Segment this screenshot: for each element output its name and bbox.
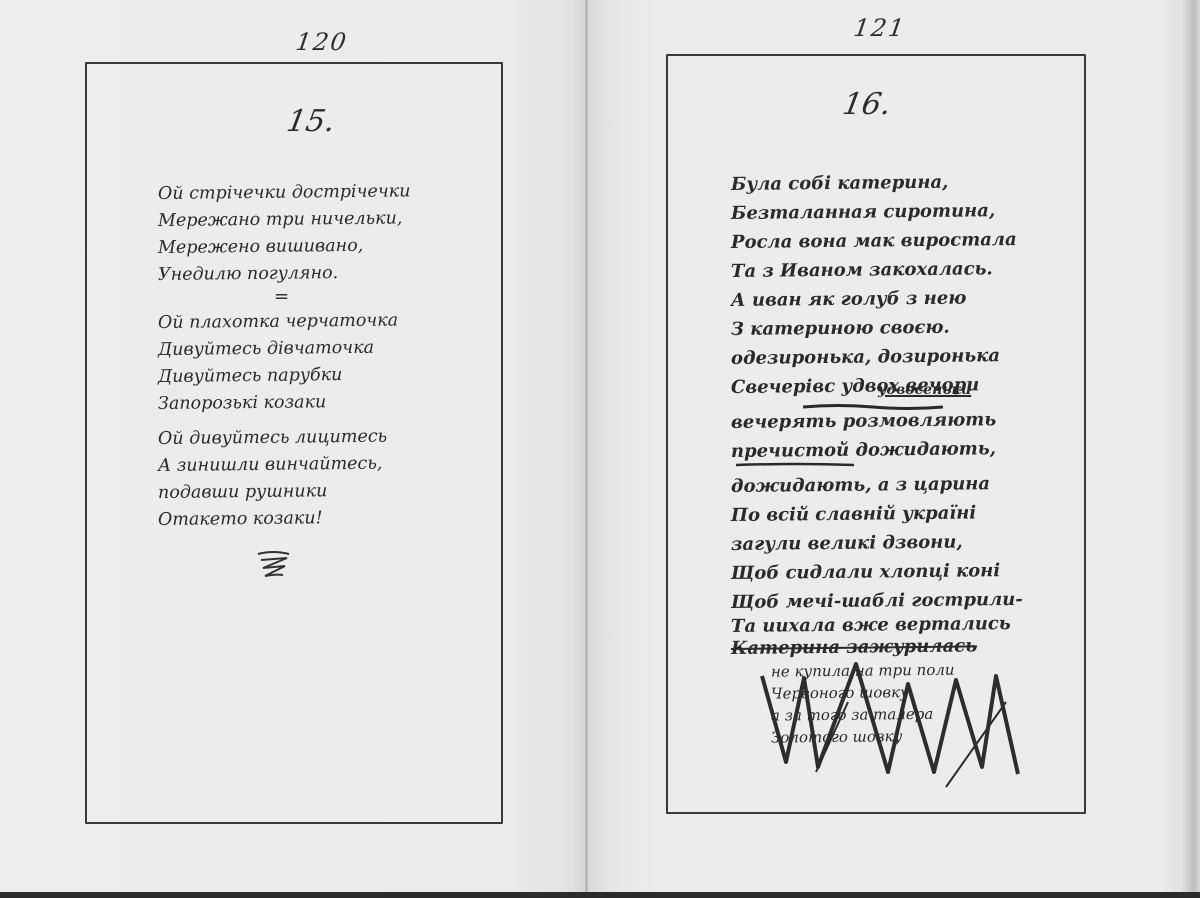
poem-line-underlined: пречистой дожидають, [731, 434, 1023, 466]
correction-insert: удвосеньки [878, 382, 971, 398]
poem-line: Мережено вишивано, [158, 232, 411, 262]
poem-line: Безталанная сиротина, [731, 196, 1023, 228]
poem-line: Росла вона мак виростала [731, 225, 1023, 257]
poem-line: А иван як голуб з нею [731, 283, 1023, 315]
poem-line-struck: Катерина зажурилась [731, 634, 1023, 661]
page-number: 121 [852, 14, 908, 42]
poem-line: подавши рушники [158, 478, 387, 507]
poem-line: Дивуйтесь дівчаточка [158, 334, 398, 364]
poem-line-crossed-out: а за того за талера [731, 702, 1023, 727]
poem-line: З катериною своєю. [731, 312, 1023, 344]
end-flourish-icon [255, 548, 295, 584]
page-bottom-edge [0, 892, 1200, 898]
poem-line: По всій славній україні [731, 498, 1023, 530]
poem-line: загули великі дзвони, [731, 527, 1023, 559]
poem-line: Ой плахотка черчаточка [158, 307, 398, 337]
poem-line: Мережано три ничельки, [158, 205, 411, 235]
poem-body: Була собі катерина, Безталанная сиротина… [731, 170, 1023, 749]
poem-line: дожидають, а з царина [731, 469, 1023, 501]
poem-line-corrected: Свечерівс удвох вечори [731, 370, 1023, 402]
poem-line: Ой дивуйтесь лицитесь [158, 424, 387, 453]
poem-number: 15. [284, 104, 338, 139]
left-page: 120 15. Ой стрічечки дострічечки Мережан… [0, 0, 588, 892]
poem-line: Дивуйтесь парубки [158, 361, 398, 391]
poem-line: Та з Иваном закохалась. [731, 254, 1023, 286]
poem-line: Запорозькі козаки [158, 388, 398, 418]
right-page: 121 16. Була собі катерина, Безталанная … [588, 0, 1200, 892]
poem-line-crossed-out: Червоного шовку [731, 680, 1023, 705]
poem-line: вечерять розмовляють [731, 405, 1023, 437]
poem-line: Унедилю погуляно. [158, 259, 411, 289]
poem-line: Була собі катерина, [731, 167, 1023, 199]
poem-line-crossed-out: не купила на три поли [731, 658, 1023, 683]
poem-number: 16. [840, 87, 894, 122]
stanza-3: Ой дивуйтесь лицитесь А зинишли винчайте… [158, 426, 387, 534]
book-spread: 120 15. Ой стрічечки дострічечки Мережан… [0, 0, 1200, 892]
page-number: 120 [294, 28, 350, 56]
stanza-2: Ой плахотка черчаточка Дивуйтесь дівчато… [158, 310, 398, 418]
stanza-separator: = [274, 286, 289, 307]
poem-line: А зинишли винчайтесь, [158, 451, 387, 480]
poem-line: Ой стрічечки дострічечки [158, 178, 411, 208]
poem-line: одезиронька, дозиронька [731, 341, 1023, 373]
poem-line: Щоб мечі-шаблі гострили- [731, 585, 1023, 617]
poem-line: Отакето козаки! [158, 505, 387, 534]
poem-line-crossed-out: Золотого шовку [731, 724, 1023, 749]
poem-line: Щоб сидлали хлопці коні [731, 556, 1023, 588]
stanza-1: Ой стрічечки дострічечки Мережано три ни… [158, 181, 410, 289]
